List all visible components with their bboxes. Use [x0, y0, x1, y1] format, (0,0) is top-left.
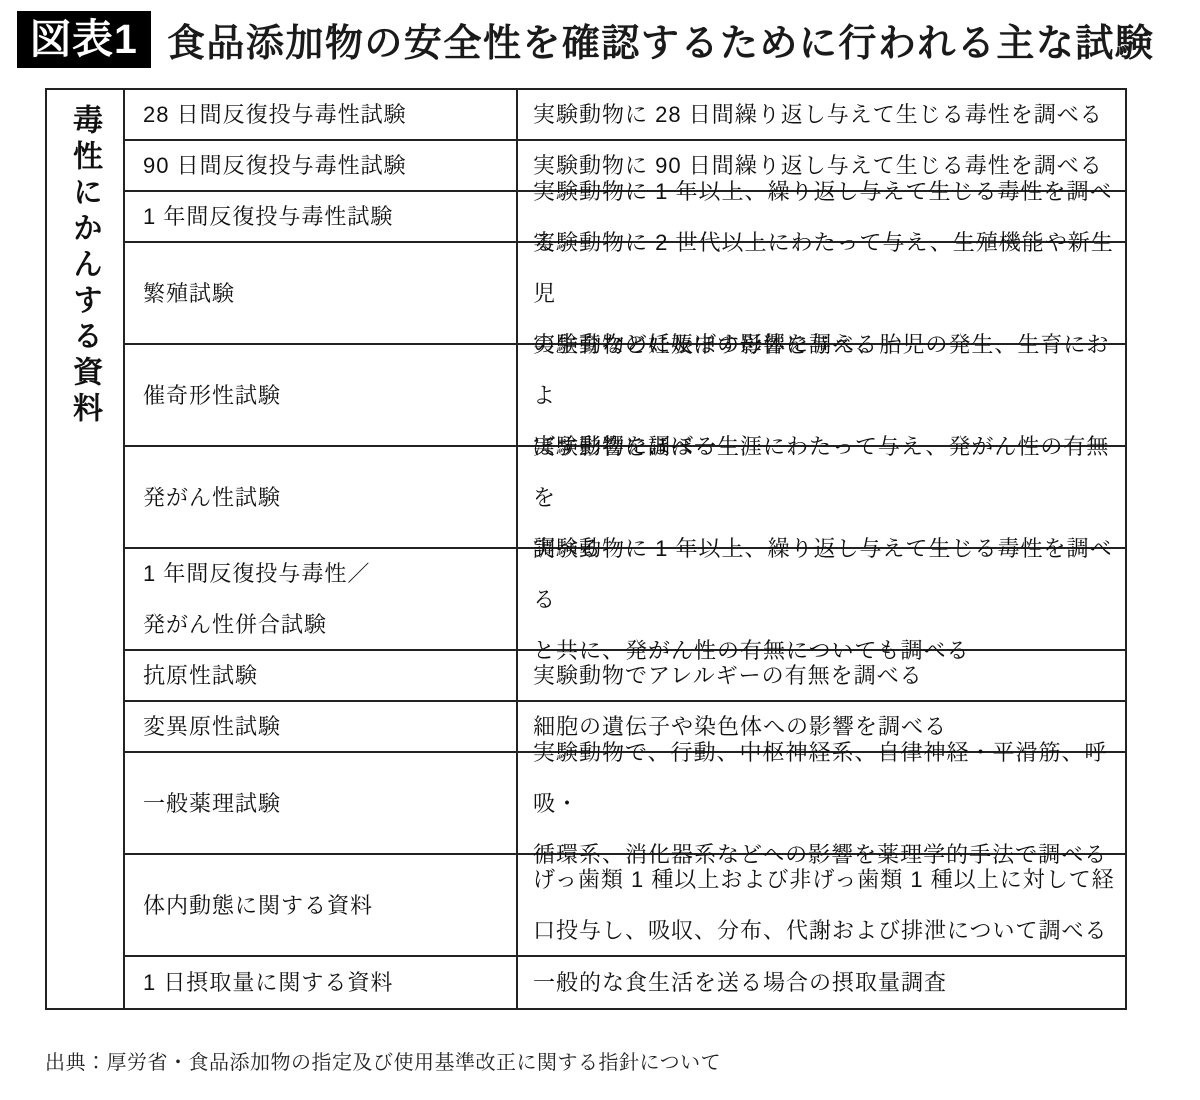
test-name-cell: 発がん性試験 [125, 447, 518, 547]
table-row: 体内動態に関する資料 げっ歯類 1 種以上および非げっ歯類 1 種以上に対して経… [125, 855, 1125, 957]
test-name-cell: 28 日間反復投与毒性試験 [125, 90, 518, 139]
figure-number-badge: 図表1 [17, 11, 151, 68]
table-rows: 28 日間反復投与毒性試験 実験動物に 28 日間繰り返し与えて生じる毒性を調べ… [125, 90, 1125, 1008]
table-row: 抗原性試験 実験動物でアレルギーの有無を調べる [125, 651, 1125, 702]
figure-page: 図表1 食品添加物の安全性を確認するために行われる主な試験 毒性にかんする資料 … [0, 0, 1200, 1100]
test-name-cell: 90 日間反復投与毒性試験 [125, 141, 518, 190]
test-name-cell: 催奇形性試験 [125, 345, 518, 445]
test-name-cell: 1 年間反復投与毒性／ 発がん性併合試験 [125, 549, 518, 649]
test-description-cell: 実験動物で、行動、中枢神経系、自律神経・平滑筋、呼吸・ 循環系、消化器系などへの… [518, 753, 1125, 853]
table-row: 一般薬理試験 実験動物で、行動、中枢神経系、自律神経・平滑筋、呼吸・ 循環系、消… [125, 753, 1125, 855]
figure-title: 食品添加物の安全性を確認するために行われる主な試験 [167, 12, 1155, 67]
test-description-cell: 実験動物に 28 日間繰り返し与えて生じる毒性を調べる [518, 90, 1125, 139]
test-description-cell: げっ歯類 1 種以上および非げっ歯類 1 種以上に対して経 口投与し、吸収、分布… [518, 855, 1125, 955]
test-name-cell: 一般薬理試験 [125, 753, 518, 853]
test-name-cell: 1 年間反復投与毒性試験 [125, 192, 518, 241]
table-row: 28 日間反復投与毒性試験 実験動物に 28 日間繰り返し与えて生じる毒性を調べ… [125, 90, 1125, 141]
test-description-cell: 一般的な食生活を送る場合の摂取量調査 [518, 957, 1125, 1008]
table-row: 1 年間反復投与毒性／ 発がん性併合試験 実験動物に 1 年以上、繰り返し与えて… [125, 549, 1125, 651]
test-name-cell: 変異原性試験 [125, 702, 518, 751]
safety-tests-table: 毒性にかんする資料 28 日間反復投与毒性試験 実験動物に 28 日間繰り返し与… [45, 88, 1127, 1010]
test-description-cell: 実験動物に 1 年以上、繰り返し与えて生じる毒性を調べる と共に、発がん性の有無… [518, 549, 1125, 649]
table-row: 1 日摂取量に関する資料 一般的な食生活を送る場合の摂取量調査 [125, 957, 1125, 1008]
test-name-cell: 抗原性試験 [125, 651, 518, 700]
test-name-cell: 繁殖試験 [125, 243, 518, 343]
test-name-cell: 体内動態に関する資料 [125, 855, 518, 955]
figure-header: 図表1 食品添加物の安全性を確認するために行われる主な試験 [0, 0, 1200, 68]
test-description-cell: 実験動物でアレルギーの有無を調べる [518, 651, 1125, 700]
test-name-cell: 1 日摂取量に関する資料 [125, 957, 518, 1008]
source-note: 出典：厚労省・食品添加物の指定及び使用基準改正に関する指針について [45, 1046, 1200, 1075]
table-group-header-toxicity: 毒性にかんする資料 [47, 90, 125, 1008]
